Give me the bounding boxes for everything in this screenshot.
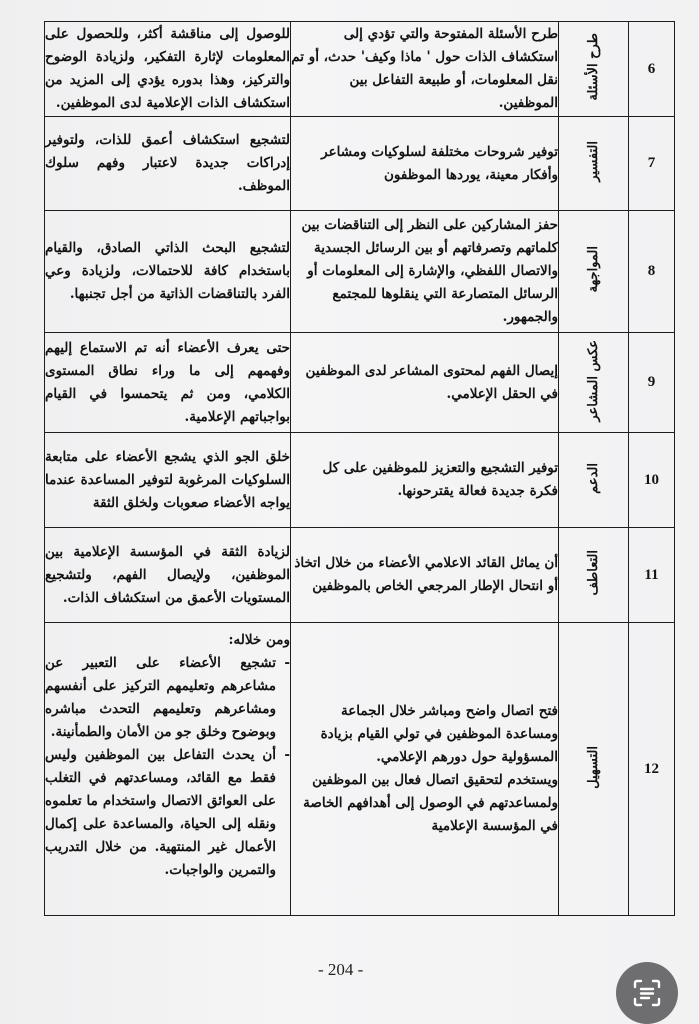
concept-cell: طرح الأسئلة <box>559 22 629 117</box>
purpose-cell: لتشجيع استكشاف أعمق للذات، ولتوفير إدراك… <box>45 117 291 211</box>
table-row: 8 المواجهة حفز المشاركين على النظر إلى ا… <box>45 211 675 333</box>
description-text: توفير التشجيع والتعزيز للموظفين على كل ف… <box>291 457 558 503</box>
bullet-text: أن يحدث التفاعل بين الموظفين وليس فقط مع… <box>45 744 276 882</box>
description-text: طرح الأسئلة المفتوحة والتي تؤدي إلى استك… <box>291 23 558 115</box>
row-number: 6 <box>629 22 675 117</box>
purpose-cell: للوصول إلى مناقشة أكثر، وللحصول على المع… <box>45 22 291 117</box>
row-number: 7 <box>629 117 675 211</box>
row-number: 9 <box>629 333 675 433</box>
bullet-marker: - <box>276 744 290 882</box>
bullet-text: تشجيع الأعضاء على التعبير عن مشاعرهم وتع… <box>45 652 276 744</box>
purpose-cell: ومن خلاله: - تشجيع الأعضاء على التعبير ع… <box>45 623 291 916</box>
page-number: - 204 - <box>318 960 363 980</box>
row-number: 11 <box>629 528 675 623</box>
purpose-cell: حتى يعرف الأعضاء أنه تم الاستماع إليهم و… <box>45 333 291 433</box>
purpose-intro: ومن خلاله: <box>45 629 290 652</box>
description-text: فتح اتصال واضح ومباشر خلال الجماعة ومساع… <box>291 700 558 769</box>
description-text: أن يماثل القائد الاعلامي الأعضاء من خلال… <box>291 552 558 598</box>
description-text: ويستخدم لتحقيق اتصال فعال بين الموظفين و… <box>291 769 558 838</box>
row-number: 8 <box>629 211 675 333</box>
purpose-text: لتشجيع استكشاف أعمق للذات، ولتوفير إدراك… <box>45 129 290 198</box>
row-number: 12 <box>629 623 675 916</box>
concept-label: عكس المشاعر <box>587 340 600 422</box>
concept-label: التفسير <box>587 141 600 182</box>
description-cell: إيصال الفهم لمحتوى المشاعر لدى الموظفين … <box>291 333 559 433</box>
description-cell: توفير شروحات مختلفة لسلوكيات ومشاعر وأفك… <box>291 117 559 211</box>
table-row: 9 عكس المشاعر إيصال الفهم لمحتوى المشاعر… <box>45 333 675 433</box>
description-cell: فتح اتصال واضح ومباشر خلال الجماعة ومساع… <box>291 623 559 916</box>
concept-cell: التعاطف <box>559 528 629 623</box>
concept-label: الدعم <box>587 463 600 494</box>
bullet-marker: - <box>276 652 290 744</box>
purpose-text: للوصول إلى مناقشة أكثر، وللحصول على المع… <box>45 23 290 115</box>
purpose-cell: خلق الجو الذي يشجع الأعضاء على متابعة ال… <box>45 433 291 528</box>
concept-cell: التفسير <box>559 117 629 211</box>
table-row: 6 طرح الأسئلة طرح الأسئلة المفتوحة والتي… <box>45 22 675 117</box>
purpose-text: لتشجيع البحث الذاتي الصادق، والقيام باست… <box>45 237 290 306</box>
description-cell: طرح الأسئلة المفتوحة والتي تؤدي إلى استك… <box>291 22 559 117</box>
concept-label: التسهيل <box>587 746 600 789</box>
text-scan-icon <box>632 978 662 1008</box>
purpose-bullet: - تشجيع الأعضاء على التعبير عن مشاعرهم و… <box>45 652 290 744</box>
concept-label: التعاطف <box>587 550 600 596</box>
cut-off-header-text <box>0 0 699 14</box>
description-text: حفز المشاركين على النظر إلى التناقضات بي… <box>291 214 558 329</box>
purpose-text: حتى يعرف الأعضاء أنه تم الاستماع إليهم و… <box>45 337 290 429</box>
table-row: 7 التفسير توفير شروحات مختلفة لسلوكيات و… <box>45 117 675 211</box>
document-page: 6 طرح الأسئلة طرح الأسئلة المفتوحة والتي… <box>0 0 699 1024</box>
purpose-bullet: - أن يحدث التفاعل بين الموظفين وليس فقط … <box>45 744 290 882</box>
table-row: 12 التسهيل فتح اتصال واضح ومباشر خلال ال… <box>45 623 675 916</box>
concept-label: طرح الأسئلة <box>587 33 600 101</box>
purpose-text: لزيادة الثقة في المؤسسة الإعلامية بين ال… <box>45 541 290 610</box>
description-text: توفير شروحات مختلفة لسلوكيات ومشاعر وأفك… <box>291 141 558 187</box>
techniques-table: 6 طرح الأسئلة طرح الأسئلة المفتوحة والتي… <box>44 21 675 916</box>
description-cell: أن يماثل القائد الاعلامي الأعضاء من خلال… <box>291 528 559 623</box>
concept-cell: عكس المشاعر <box>559 333 629 433</box>
description-text: إيصال الفهم لمحتوى المشاعر لدى الموظفين … <box>291 360 558 406</box>
concept-cell: المواجهة <box>559 211 629 333</box>
text-scan-button[interactable] <box>616 962 678 1024</box>
concept-label: المواجهة <box>587 246 600 292</box>
concept-cell: التسهيل <box>559 623 629 916</box>
purpose-cell: لزيادة الثقة في المؤسسة الإعلامية بين ال… <box>45 528 291 623</box>
purpose-cell: لتشجيع البحث الذاتي الصادق، والقيام باست… <box>45 211 291 333</box>
table-row: 11 التعاطف أن يماثل القائد الاعلامي الأع… <box>45 528 675 623</box>
description-cell: توفير التشجيع والتعزيز للموظفين على كل ف… <box>291 433 559 528</box>
purpose-text: خلق الجو الذي يشجع الأعضاء على متابعة ال… <box>45 446 290 515</box>
table-row: 10 الدعم توفير التشجيع والتعزيز للموظفين… <box>45 433 675 528</box>
row-number: 10 <box>629 433 675 528</box>
concept-cell: الدعم <box>559 433 629 528</box>
description-cell: حفز المشاركين على النظر إلى التناقضات بي… <box>291 211 559 333</box>
